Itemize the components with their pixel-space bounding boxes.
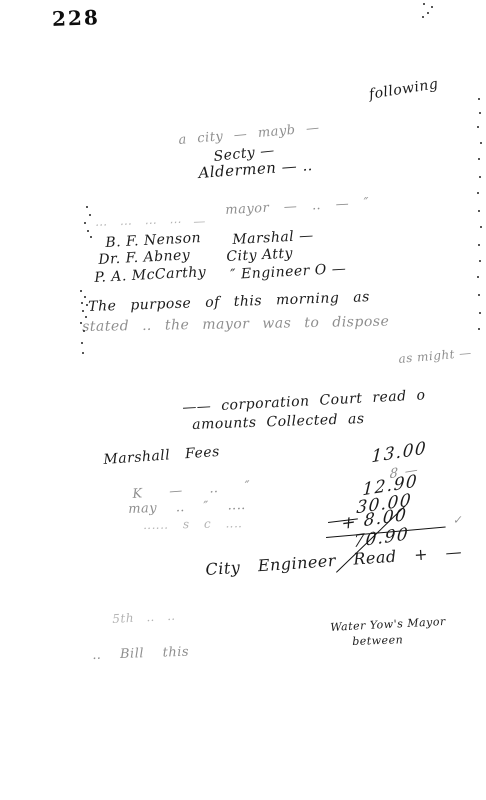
handwritten-line-court-2: amounts Collected as <box>192 412 365 432</box>
handwritten-line-body-3: as might — <box>398 347 472 365</box>
handwritten-line-body-2: stated ‥ the mayor was to dispose <box>82 315 389 334</box>
official-title: ″ Engineer O — <box>230 262 347 282</box>
handwritten-fragment-bottom: ‥ Bill this <box>92 646 189 662</box>
handwritten-line-closing-2: 5th ‥ ‥ <box>112 610 176 625</box>
handwritten-line-opening-1: a city — mayb — <box>178 122 320 147</box>
official-name: P. A. McCarthy <box>94 265 207 285</box>
official-title: Marshal — <box>232 229 314 247</box>
fee-row-label: may ‥ ″ ‥‥ <box>128 499 246 516</box>
handwritten-line-roll-1: mayor — ‥ — ″ <box>225 196 370 217</box>
scan-noise-dots <box>423 3 425 5</box>
scan-noise-dots <box>86 206 88 208</box>
page-number: 228 <box>52 5 101 31</box>
signature-line-1: Water Yow's Mayor <box>330 616 446 633</box>
fee-row-label: Marshall Fees <box>103 445 220 467</box>
signature-line-2: between <box>352 634 403 647</box>
check-mark: ✓ <box>452 514 463 526</box>
handwritten-line-top-right: following <box>368 77 439 102</box>
handwritten-line-closing-1: City Engineer Read + — <box>205 544 463 578</box>
official-title: City Atty <box>226 247 293 264</box>
official-name: Dr. F. Abney <box>98 248 191 267</box>
scan-noise-dots <box>478 98 480 100</box>
fee-row-label: ‥‥‥ s c ‥‥ <box>143 517 243 531</box>
handwritten-line-court-1: —— corporation Court read o <box>182 388 426 415</box>
scanned-ledger-page: 228 following a city — mayb — Secty — Al… <box>0 0 486 800</box>
scan-noise-dots <box>80 290 82 292</box>
handwritten-line-body-1: The purpose of this morning as <box>88 290 370 314</box>
handwritten-line-roll-2: ⋯ ⋯ ⋯ ⋯ — <box>94 215 206 231</box>
